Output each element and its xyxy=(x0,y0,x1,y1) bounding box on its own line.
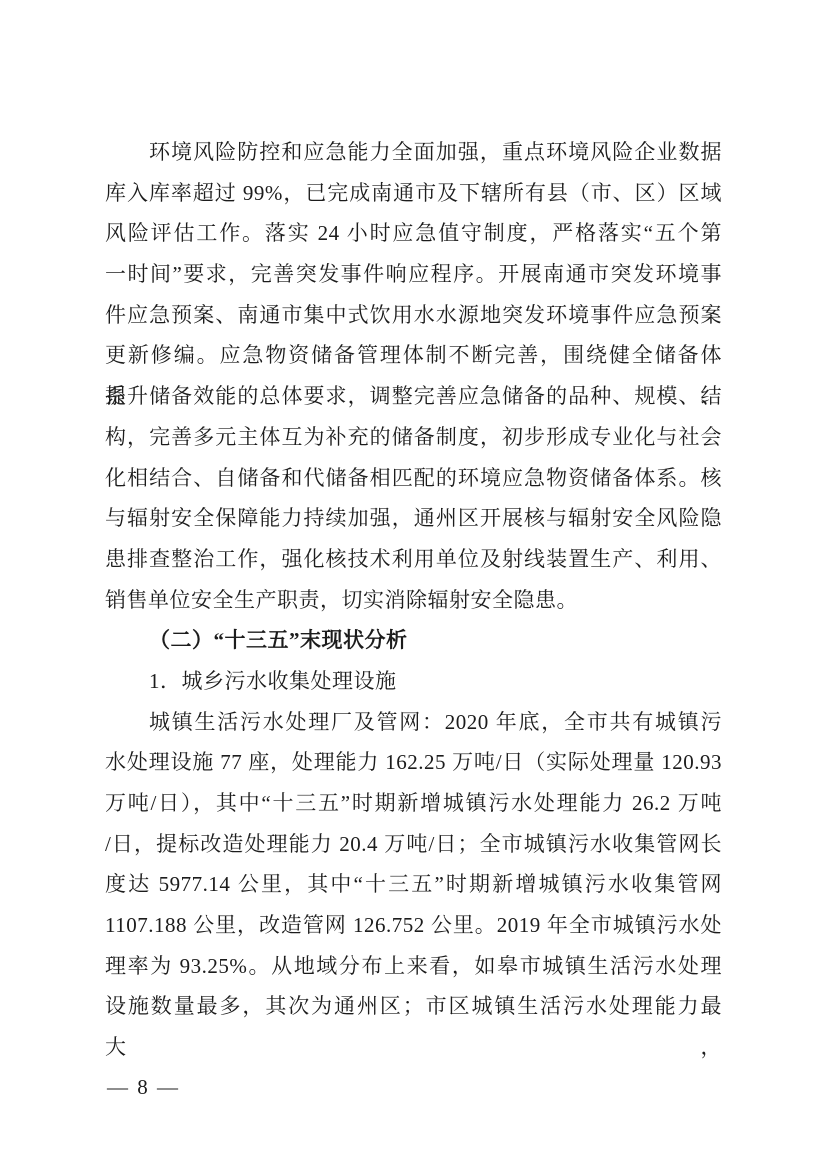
text-line: 万吨/日），其中“十三五”时期新增城镇污水处理能力 26.2 万吨 xyxy=(105,783,722,824)
section-subheading: 1．城乡污水收集处理设施 xyxy=(105,661,722,702)
text-line: 件应急预案、南通市集中式饮用水水源地突发环境事件应急预案 xyxy=(105,295,722,336)
text-line: 设施数量最多，其次为通州区；市区城镇生活污水处理能力最大， xyxy=(105,986,722,1027)
page-number: — 8 — xyxy=(107,1072,180,1102)
text-line: 构，完善多元主体互为补充的储备制度，初步形成专业化与社会 xyxy=(105,417,722,458)
text-line: 销售单位安全生产职责，切实消除辐射安全隐患。 xyxy=(105,580,722,621)
text-line: 水处理设施 77 座，处理能力 162.25 万吨/日（实际处理量 120.93 xyxy=(105,742,722,783)
text-line: 库入库率超过 99%，已完成南通市及下辖所有县（市、区）区域 xyxy=(105,173,722,214)
text-line: 提升储备效能的总体要求，调整完善应急储备的品种、规模、结 xyxy=(105,376,722,417)
text-line: 城镇生活污水处理厂及管网：2020 年底，全市共有城镇污 xyxy=(105,702,722,743)
text-line: 与辐射安全保障能力持续加强，通州区开展核与辐射安全风险隐 xyxy=(105,498,722,539)
text-line: 更新修编。应急物资储备管理体制不断完善，围绕健全储备体系、 xyxy=(105,335,722,376)
text-line: 环境风险防控和应急能力全面加强，重点环境风险企业数据 xyxy=(105,132,722,173)
text-line: 一时间”要求，完善突发事件响应程序。开展南通市突发环境事 xyxy=(105,254,722,295)
text-line: /日，提标改造处理能力 20.4 万吨/日；全市城镇污水收集管网长 xyxy=(105,824,722,865)
document-page: 环境风险防控和应急能力全面加强，重点环境风险企业数据 库入库率超过 99%，已完… xyxy=(0,0,826,1169)
document-body: 环境风险防控和应急能力全面加强，重点环境风险企业数据 库入库率超过 99%，已完… xyxy=(105,132,722,1027)
text-line: 1107.188 公里，改造管网 126.752 公里。2019 年全市城镇污水… xyxy=(105,905,722,946)
text-line: 度达 5977.14 公里，其中“十三五”时期新增城镇污水收集管网 xyxy=(105,864,722,905)
text-line: 理率为 93.25%。从地域分布上来看，如皋市城镇生活污水处理 xyxy=(105,946,722,987)
text-line: 患排查整治工作，强化核技术利用单位及射线装置生产、利用、 xyxy=(105,539,722,580)
paragraph-environment-risk: 环境风险防控和应急能力全面加强，重点环境风险企业数据 库入库率超过 99%，已完… xyxy=(105,132,722,620)
text-line: 风险评估工作。落实 24 小时应急值守制度，严格落实“五个第 xyxy=(105,213,722,254)
paragraph-sewage-facilities: 城镇生活污水处理厂及管网：2020 年底，全市共有城镇污 水处理设施 77 座，… xyxy=(105,702,722,1028)
text-line: 化相结合、自储备和代储备相匹配的环境应急物资储备体系。核 xyxy=(105,458,722,499)
section-heading: （二）“十三五”末现状分析 xyxy=(105,620,722,661)
